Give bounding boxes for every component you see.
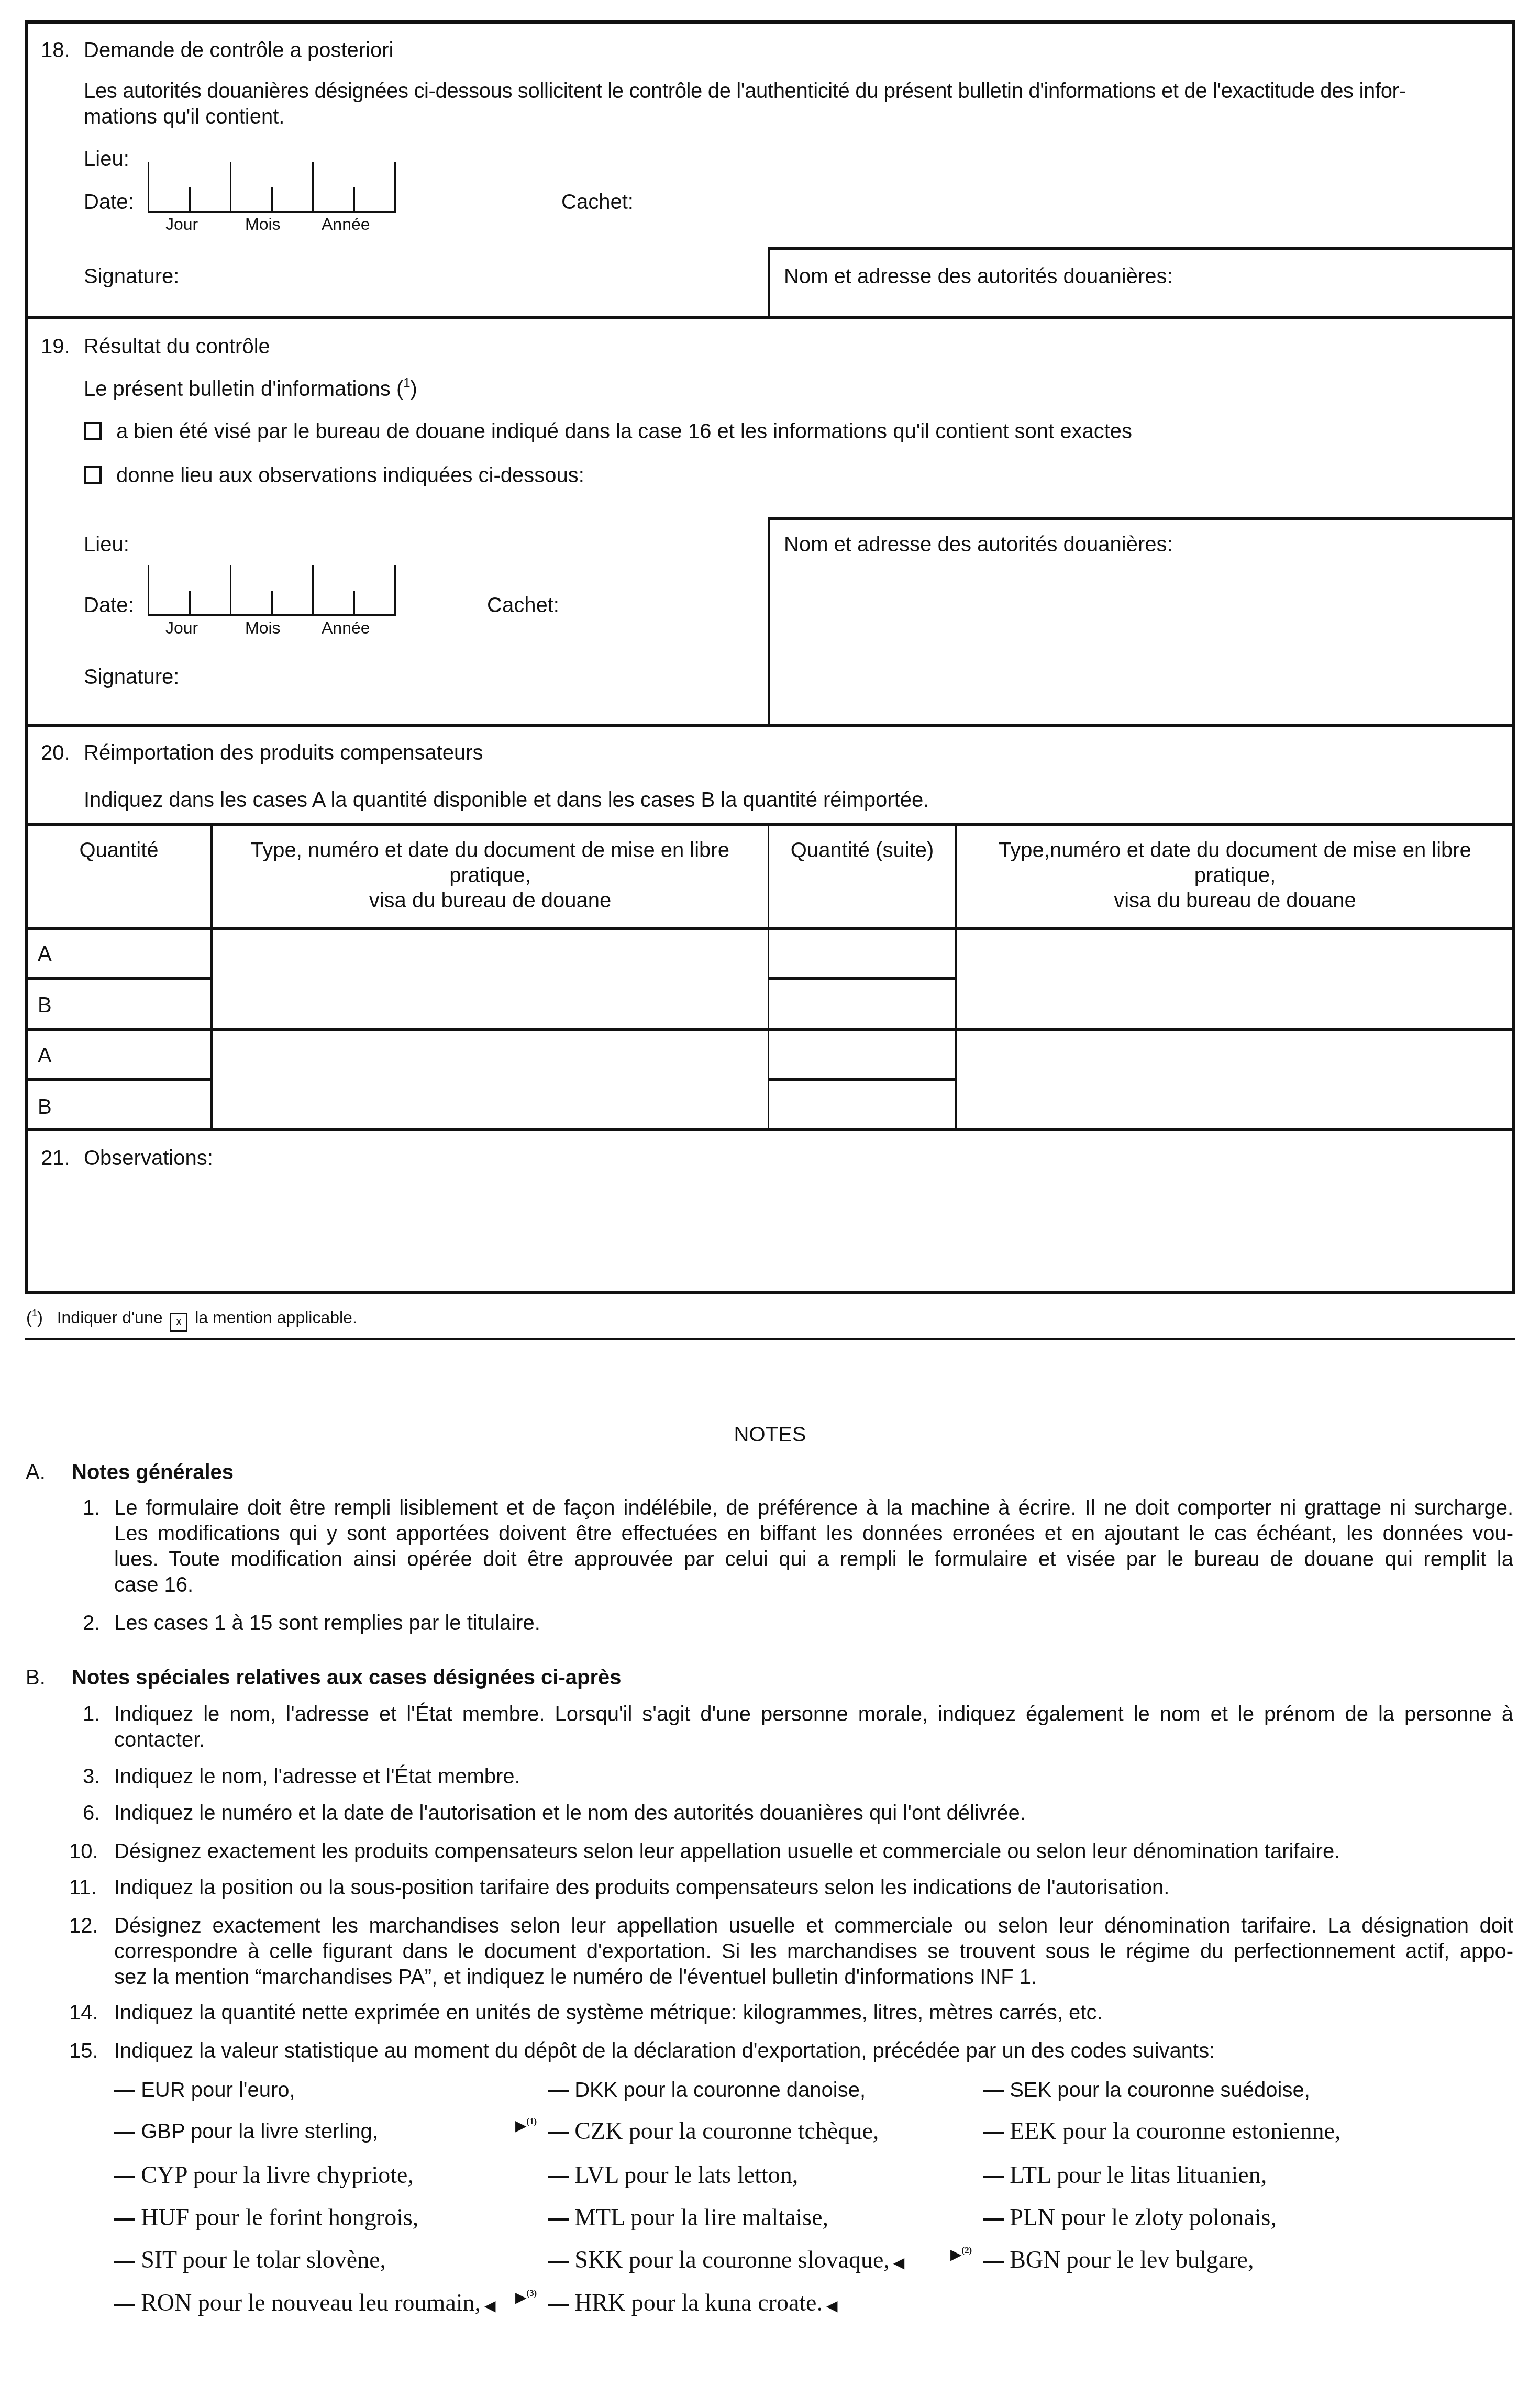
date-label: Date: bbox=[84, 192, 134, 213]
dash-bullet-icon: — bbox=[114, 2120, 141, 2143]
quantity-a-field[interactable] bbox=[58, 1033, 208, 1077]
currency-description: pour la couronne suédoise, bbox=[1057, 2079, 1310, 2102]
note-item-text: Les modifications qui y sont apportées d… bbox=[114, 1523, 1513, 1544]
section-18-number: 18. bbox=[41, 40, 70, 61]
document-suite-field[interactable] bbox=[958, 932, 1511, 1026]
currency-description: pour la couronne tchèque, bbox=[629, 2117, 879, 2144]
quantity-suite-b-field[interactable] bbox=[771, 1083, 953, 1127]
currency-code-item: — SKK pour la couronne slovaque, ◀ bbox=[548, 2248, 904, 2272]
row-ab-divider bbox=[768, 1078, 956, 1081]
quantity-b-field[interactable] bbox=[58, 982, 208, 1026]
dash-bullet-icon: — bbox=[548, 2165, 574, 2188]
note-item-number: 11. bbox=[69, 1877, 97, 1898]
currency-description: pour la lire maltaise, bbox=[630, 2204, 828, 2230]
column-header-document-suite: Type,numéro et date du document de mise … bbox=[957, 838, 1513, 913]
section-21-number: 21. bbox=[41, 1148, 70, 1169]
date-box-tick bbox=[394, 162, 396, 213]
date-box-tick bbox=[312, 162, 314, 213]
note-item-text: case 16. bbox=[114, 1574, 193, 1595]
authority-label: Nom et adresse des autorités douanières: bbox=[784, 534, 1173, 555]
note-item-text: Indiquez le numéro et la date de l'autor… bbox=[114, 1803, 1026, 1824]
section-18-text-line1: Les autorités douanières désignées ci-de… bbox=[84, 81, 1406, 102]
dash-bullet-icon: — bbox=[983, 2121, 1010, 2144]
amendment-ref: (3) bbox=[527, 2288, 537, 2298]
header-bottom-border bbox=[25, 927, 1515, 930]
amendment-start-marker-icon: ▶(2) bbox=[950, 2248, 972, 2262]
footnote-marker: 1 bbox=[32, 1308, 38, 1319]
note-item-text: Indiquez le nom, l'adresse et l'État mem… bbox=[114, 1766, 520, 1787]
currency-code: EUR bbox=[141, 2079, 191, 2102]
document-field[interactable] bbox=[215, 932, 766, 1026]
currency-code-item: — PLN pour le zloty polonais, bbox=[983, 2205, 1277, 2229]
note-item-number: 14. bbox=[69, 2002, 98, 2023]
currency-code: HRK bbox=[574, 2289, 631, 2316]
quantity-b-field[interactable] bbox=[58, 1083, 208, 1127]
currency-code-item: — HUF pour le forint hongrois, bbox=[114, 2205, 418, 2229]
date-part-year: Année bbox=[322, 216, 370, 232]
currency-description: pour la couronne slovaque, bbox=[629, 2246, 890, 2273]
currency-code-item: — EUR pour l'euro, bbox=[114, 2080, 295, 2101]
currency-description: pour la livre chypriote, bbox=[193, 2161, 414, 2188]
footnote: (1) Indiquer d'une x la mention applicab… bbox=[26, 1309, 357, 1332]
option-observations-label: donne lieu aux observations indiquées ci… bbox=[116, 465, 584, 486]
section-19-intro: Le présent bulletin d'informations (1) bbox=[84, 379, 417, 399]
currency-description: pour le tolar slovène, bbox=[183, 2246, 386, 2273]
date-box-tick bbox=[230, 565, 231, 616]
note-item-text: lues. Toute modification ainsi opérée do… bbox=[114, 1549, 1513, 1570]
note-item-text: Indiquez la quantité nette exprimée en u… bbox=[114, 2002, 1103, 2023]
checkbox-option-observations[interactable] bbox=[84, 466, 102, 484]
currency-description: pour le forint hongrois, bbox=[195, 2204, 419, 2230]
row-a-label: A bbox=[38, 944, 52, 964]
currency-code: SEK bbox=[1010, 2079, 1057, 2102]
amendment-ref: (2) bbox=[962, 2245, 972, 2255]
note-item-text: sez la mention “marchandises PA”, et ind… bbox=[114, 1967, 1037, 1988]
section-20-title: Réimportation des produits compensateurs bbox=[84, 742, 483, 763]
date-box-tick bbox=[148, 162, 149, 213]
section-20-instruction: Indiquez dans les cases A la quantité di… bbox=[84, 790, 929, 811]
quantity-suite-a-field[interactable] bbox=[771, 932, 953, 976]
header-line: visa du bureau de douane bbox=[957, 888, 1513, 913]
table-bottom-border bbox=[25, 1128, 1515, 1131]
column-header-quantity: Quantité bbox=[27, 838, 210, 863]
currency-code: HUF bbox=[141, 2204, 195, 2230]
date-box-tick bbox=[312, 565, 314, 616]
amendment-end-marker-icon: ◀ bbox=[823, 2298, 838, 2314]
date-part-day: Jour bbox=[165, 216, 198, 232]
currency-code: LTL bbox=[1010, 2161, 1057, 2188]
header-line: pratique, bbox=[213, 863, 768, 888]
currency-description: pour le litas lituanien, bbox=[1057, 2161, 1267, 2188]
row-ab-divider bbox=[25, 977, 212, 980]
signature-field[interactable] bbox=[189, 654, 754, 702]
row-b-label: B bbox=[38, 1096, 52, 1117]
signature-field[interactable] bbox=[189, 257, 754, 298]
notes-title: NOTES bbox=[0, 1424, 1540, 1445]
row-divider bbox=[25, 1028, 1515, 1031]
currency-code-item: — MTL pour la lire maltaise, bbox=[548, 2205, 828, 2229]
amendment-start-marker-icon: ▶(3) bbox=[515, 2291, 537, 2305]
currency-code: BGN bbox=[1010, 2246, 1067, 2273]
currency-description: pour la livre sterling, bbox=[191, 2120, 378, 2143]
lieu-label: Lieu: bbox=[84, 534, 129, 555]
note-item-text: Indiquez la valeur statistique au moment… bbox=[114, 2040, 1215, 2061]
note-item-number: 6. bbox=[83, 1803, 100, 1824]
notes-b-letter: B. bbox=[26, 1667, 46, 1688]
footnote-rule bbox=[25, 1338, 1515, 1340]
row-ab-divider bbox=[25, 1078, 212, 1081]
date-box-tick bbox=[230, 162, 231, 213]
note-item-number: 3. bbox=[83, 1766, 100, 1787]
date-label: Date: bbox=[84, 595, 134, 616]
note-item-number: 15. bbox=[69, 2040, 98, 2061]
footnote-ref: 1 bbox=[403, 376, 410, 390]
document-field[interactable] bbox=[215, 1033, 766, 1127]
section-21-title: Observations: bbox=[84, 1148, 213, 1169]
footnote-text-after: la mention applicable. bbox=[195, 1308, 357, 1327]
currency-code-item: — GBP pour la livre sterling, bbox=[114, 2121, 378, 2142]
amendment-start-marker-icon: ▶(1) bbox=[515, 2119, 537, 2134]
authority-label: Nom et adresse des autorités douanières: bbox=[784, 266, 1173, 287]
header-line: Type, numéro et date du document de mise… bbox=[213, 838, 768, 863]
dash-bullet-icon: — bbox=[983, 2165, 1010, 2188]
currency-code: DKK bbox=[574, 2079, 623, 2102]
section-20-number: 20. bbox=[41, 742, 70, 763]
amendment-end-marker-icon: ◀ bbox=[890, 2255, 905, 2271]
row-ab-divider bbox=[768, 977, 956, 980]
dash-bullet-icon: — bbox=[114, 2207, 141, 2230]
date-field[interactable] bbox=[148, 565, 396, 616]
row-a-label: A bbox=[38, 1045, 52, 1066]
note-item-number: 2. bbox=[83, 1613, 100, 1634]
currency-description: pour le lats letton, bbox=[624, 2161, 798, 2188]
note-item-text: Le formulaire doit être rempli lisibleme… bbox=[114, 1497, 1513, 1518]
note-item-text: contacter. bbox=[114, 1729, 205, 1750]
signature-label: Signature: bbox=[84, 266, 179, 287]
currency-description: pour la couronne danoise, bbox=[623, 2079, 866, 2102]
amendment-ref: (1) bbox=[527, 2116, 537, 2126]
currency-code-item: — BGN pour le lev bulgare, bbox=[983, 2248, 1254, 2272]
observations-field[interactable] bbox=[84, 1175, 1498, 1280]
dash-bullet-icon: — bbox=[983, 2207, 1010, 2230]
notes-a-letter: A. bbox=[26, 1462, 46, 1483]
currency-code: MTL bbox=[574, 2204, 630, 2230]
date-part-month: Mois bbox=[245, 216, 281, 232]
header-line: pratique, bbox=[957, 863, 1513, 888]
currency-description: pour la couronne estonienne, bbox=[1062, 2117, 1340, 2144]
currency-description: pour le lev bulgare, bbox=[1067, 2246, 1254, 2273]
cachet-label: Cachet: bbox=[561, 192, 634, 213]
note-item-text: Désignez exactement les produits compens… bbox=[114, 1841, 1340, 1862]
currency-code-item: — RON pour le nouveau leu roumain, ◀ bbox=[114, 2291, 496, 2315]
currency-code-item: — DKK pour la couronne danoise, bbox=[548, 2080, 866, 2101]
currency-code: SIT bbox=[141, 2246, 183, 2273]
currency-code: GBP bbox=[141, 2120, 191, 2143]
currency-description: pour le nouveau leu roumain, bbox=[198, 2289, 481, 2316]
notes-b-heading: Notes spéciales relatives aux cases dési… bbox=[72, 1667, 622, 1688]
currency-description: pour le zloty polonais, bbox=[1061, 2204, 1277, 2230]
date-box-tick bbox=[394, 565, 396, 616]
footnote-text-before: Indiquer d'une bbox=[57, 1308, 163, 1327]
dash-bullet-icon: — bbox=[548, 2207, 574, 2230]
dash-bullet-icon: — bbox=[114, 2292, 141, 2315]
currency-code-item: — CZK pour la couronne tchèque, bbox=[548, 2119, 879, 2143]
lieu-label: Lieu: bbox=[84, 149, 129, 170]
section-19-intro-text: Le présent bulletin d'informations bbox=[84, 378, 391, 401]
currency-code: PLN bbox=[1010, 2204, 1061, 2230]
date-box-tick bbox=[353, 187, 355, 213]
currency-description: pour la kuna croate. bbox=[631, 2289, 823, 2316]
column-header-quantity-suite: Quantité (suite) bbox=[769, 838, 956, 863]
header-line: Quantité (suite) bbox=[769, 838, 956, 863]
date-part-day: Jour bbox=[165, 619, 198, 636]
note-item-number: 1. bbox=[83, 1704, 100, 1725]
header-line: Type,numéro et date du document de mise … bbox=[957, 838, 1513, 863]
date-box-tick bbox=[271, 591, 273, 616]
date-part-month: Mois bbox=[245, 619, 281, 636]
date-field[interactable] bbox=[148, 162, 396, 213]
currency-code: LVL bbox=[574, 2161, 624, 2188]
date-box-tick bbox=[148, 565, 149, 616]
currency-code-item: — SIT pour le tolar slovène, bbox=[114, 2248, 386, 2272]
currency-code-item: — CYP pour la livre chypriote, bbox=[114, 2163, 414, 2187]
section-18-title: Demande de contrôle a posteriori bbox=[84, 40, 393, 61]
section-18-text-line2: mations qu'il contient. bbox=[84, 106, 284, 127]
header-line: Quantité bbox=[27, 838, 210, 863]
note-item-number: 10. bbox=[69, 1841, 98, 1862]
dash-bullet-icon: — bbox=[983, 2079, 1010, 2102]
date-box-tick bbox=[189, 591, 191, 616]
note-item-number: 1. bbox=[83, 1497, 100, 1518]
currency-code-item: — LTL pour le litas lituanien, bbox=[983, 2163, 1267, 2187]
dash-bullet-icon: — bbox=[114, 2165, 141, 2188]
dash-bullet-icon: — bbox=[548, 2292, 574, 2315]
quantity-suite-b-field[interactable] bbox=[771, 982, 953, 1026]
notes-a-heading: Notes générales bbox=[72, 1462, 234, 1483]
divider bbox=[25, 724, 1515, 727]
dash-bullet-icon: — bbox=[548, 2249, 574, 2272]
dash-bullet-icon: — bbox=[983, 2249, 1010, 2272]
currency-code: EEK bbox=[1010, 2117, 1062, 2144]
note-item-text: Indiquez la position ou la sous-position… bbox=[114, 1877, 1169, 1898]
date-box-tick bbox=[189, 187, 191, 213]
dash-bullet-icon: — bbox=[114, 2079, 141, 2102]
cachet-label: Cachet: bbox=[487, 595, 559, 616]
note-item-number: 12. bbox=[69, 1915, 98, 1936]
table-top-border bbox=[25, 823, 1515, 826]
dash-bullet-icon: — bbox=[548, 2121, 574, 2144]
header-line: visa du bureau de douane bbox=[213, 888, 768, 913]
dash-bullet-icon: — bbox=[548, 2079, 574, 2102]
date-box-tick bbox=[353, 591, 355, 616]
dash-bullet-icon: — bbox=[114, 2249, 141, 2272]
amendment-end-marker-icon: ◀ bbox=[481, 2298, 496, 2314]
checked-box-icon: x bbox=[170, 1313, 187, 1332]
section-19-number: 19. bbox=[41, 336, 70, 357]
currency-code-item: — EEK pour la couronne estonienne, bbox=[983, 2119, 1340, 2143]
divider bbox=[25, 316, 1515, 319]
section-19-title: Résultat du contrôle bbox=[84, 336, 270, 357]
currency-code-item: — SEK pour la couronne suédoise, bbox=[983, 2080, 1310, 2101]
note-item-text: Les cases 1 à 15 sont remplies par le ti… bbox=[114, 1613, 540, 1634]
document-suite-field[interactable] bbox=[958, 1033, 1511, 1127]
currency-code: CYP bbox=[141, 2161, 193, 2188]
currency-code: SKK bbox=[574, 2246, 629, 2273]
note-item-text: Indiquez le nom, l'adresse et l'État mem… bbox=[114, 1704, 1513, 1725]
quantity-a-field[interactable] bbox=[58, 932, 208, 976]
note-item-text: Désignez exactement les marchandises sel… bbox=[114, 1915, 1513, 1936]
signature-label: Signature: bbox=[84, 667, 179, 687]
lieu-field[interactable] bbox=[136, 529, 754, 555]
date-part-year: Année bbox=[322, 619, 370, 636]
note-item-text: correspondre à celle figurant dans le do… bbox=[114, 1941, 1513, 1962]
currency-code: RON bbox=[141, 2289, 198, 2316]
column-header-document: Type, numéro et date du document de mise… bbox=[213, 838, 768, 913]
currency-code-item: — LVL pour le lats letton, bbox=[548, 2163, 798, 2187]
currency-description: pour l'euro, bbox=[191, 2079, 295, 2102]
currency-code-item: — HRK pour la kuna croate. ◀ bbox=[548, 2291, 838, 2315]
row-b-label: B bbox=[38, 995, 52, 1016]
checkbox-option-visa-confirmed[interactable] bbox=[84, 422, 102, 440]
date-box-tick bbox=[271, 187, 273, 213]
quantity-suite-a-field[interactable] bbox=[771, 1033, 953, 1077]
option-visa-confirmed-label: a bien été visé par le bureau de douane … bbox=[116, 421, 1132, 442]
currency-code: CZK bbox=[574, 2117, 629, 2144]
